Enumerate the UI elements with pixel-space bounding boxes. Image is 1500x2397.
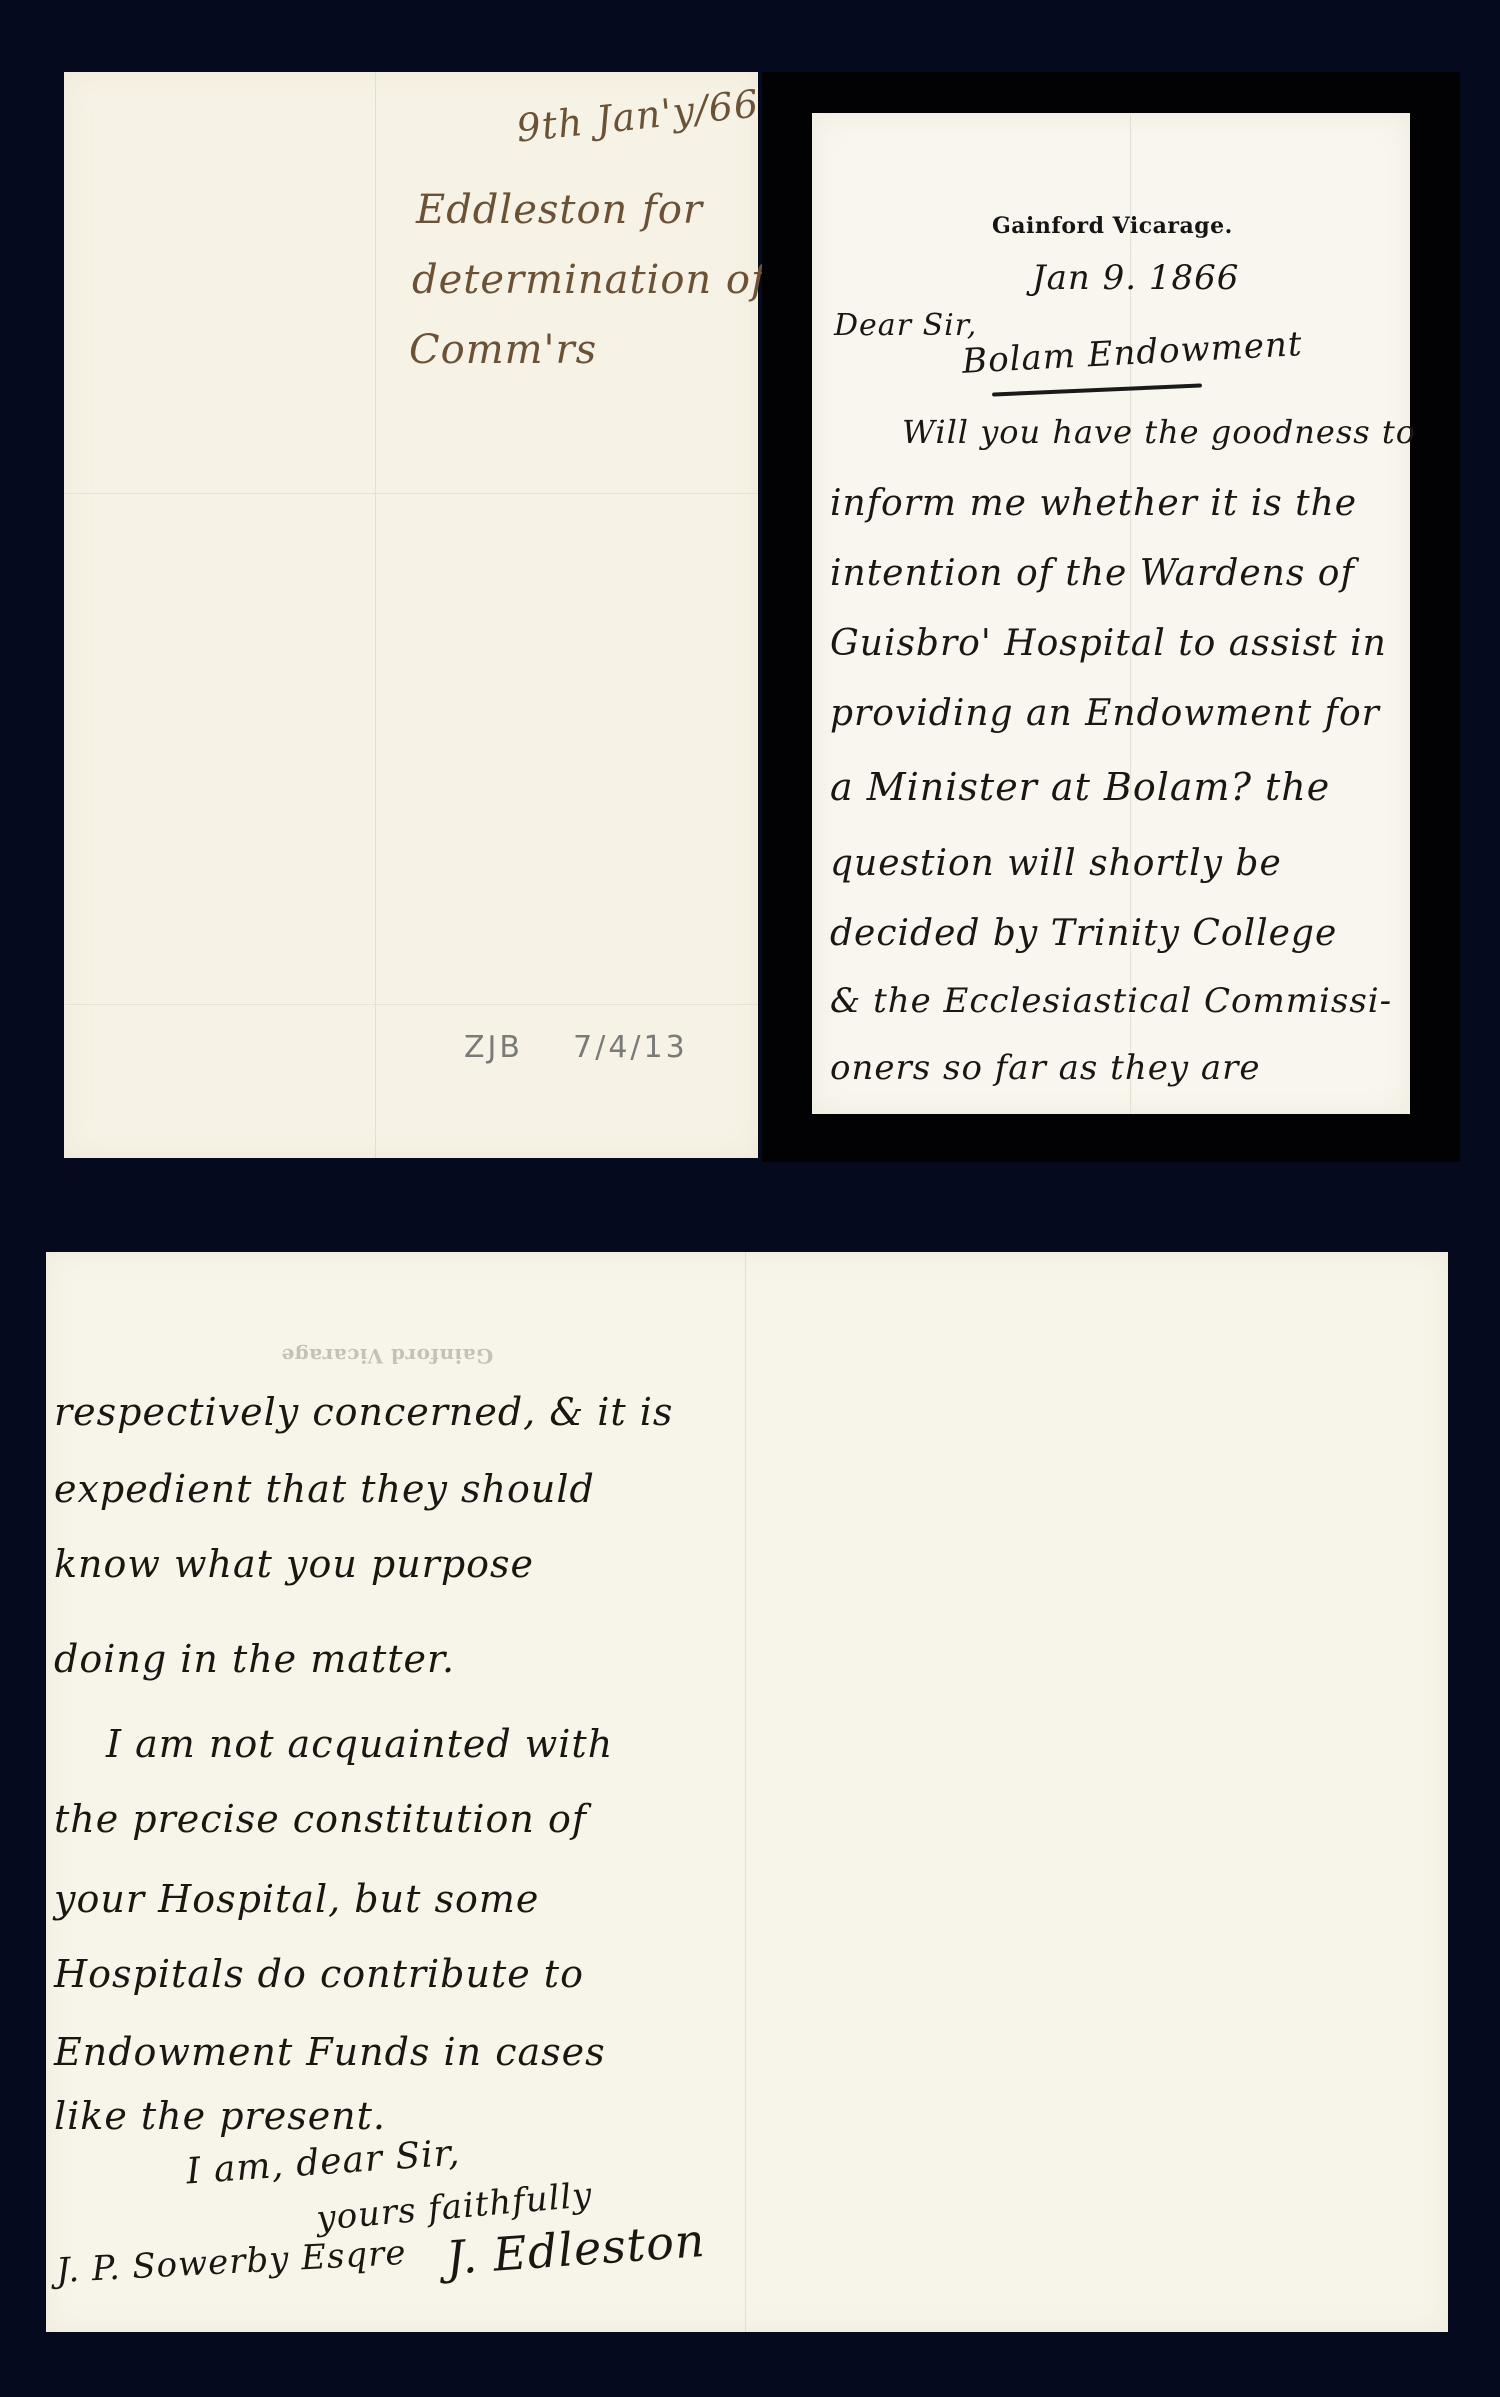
letter-line: Endowment Funds in cases	[54, 2030, 606, 2074]
letter-date: Jan 9. 1866	[1032, 258, 1239, 298]
docket-line-2: determination of	[412, 257, 767, 303]
archive-ref-number: 7/4/13	[573, 1030, 688, 1065]
left-page-docket: 9th Jan'y/66 Eddleston for determination…	[64, 72, 758, 1158]
fold-crease	[64, 493, 758, 495]
subject-underline	[992, 383, 1202, 396]
letter-line: know what you purpose	[54, 1542, 534, 1586]
letter-line: I am not acquainted with	[106, 1722, 613, 1766]
docket-line-3: Comm'rs	[409, 327, 597, 373]
letter-line: the precise constitution of	[54, 1797, 587, 1841]
letter-line: decided by Trinity College	[830, 913, 1337, 954]
salutation: Dear Sir,	[834, 308, 977, 343]
letter-line: like the present.	[54, 2094, 386, 2138]
subject-heading: Bolam Endowment	[961, 324, 1303, 382]
letterhead: Gainford Vicarage.	[992, 213, 1233, 239]
letter-line: a Minister at Bolam? the	[830, 765, 1330, 809]
right-page-letter: Gainford Vicarage. Jan 9. 1866 Dear Sir,…	[812, 113, 1410, 1114]
docket-line-1: Eddleston for	[416, 187, 703, 233]
closing-line-1: I am, dear Sir,	[185, 2132, 462, 2192]
archive-ref: ZJB 7/4/13	[464, 1030, 688, 1065]
fold-crease	[745, 1252, 747, 2332]
docket-date: 9th Jan'y/66	[514, 81, 761, 150]
letter-line: Hospitals do contribute to	[54, 1952, 584, 1996]
addressee: J. P. Sowerby Esqre	[55, 2233, 407, 2291]
archive-ref-code: ZJB	[464, 1030, 523, 1065]
letter-line: providing an Endowment for	[830, 693, 1380, 734]
letter-line: Will you have the goodness to	[902, 413, 1416, 451]
letter-line: inform me whether it is the	[830, 483, 1357, 524]
letter-line: your Hospital, but some	[54, 1877, 539, 1921]
letter-line: respectively concerned, & it is	[54, 1390, 673, 1434]
show-through-letterhead: Gainford Vicarage	[281, 1344, 493, 1368]
letter-line: oners so far as they are	[830, 1048, 1261, 1088]
letter-line: & the Ecclesiastical Commissi-	[830, 981, 1392, 1021]
letter-line: expedient that they should	[54, 1467, 595, 1511]
letter-line: question will shortly be	[830, 843, 1282, 884]
letter-line: doing in the matter.	[54, 1637, 455, 1681]
letter-line: Guisbro' Hospital to assist in	[830, 623, 1387, 664]
bottom-sheet-letter-continued: Gainford Vicarage respectively concerned…	[46, 1252, 1448, 2332]
fold-crease	[375, 72, 377, 1158]
fold-crease	[64, 1004, 758, 1006]
letter-line: intention of the Wardens of	[830, 553, 1355, 594]
